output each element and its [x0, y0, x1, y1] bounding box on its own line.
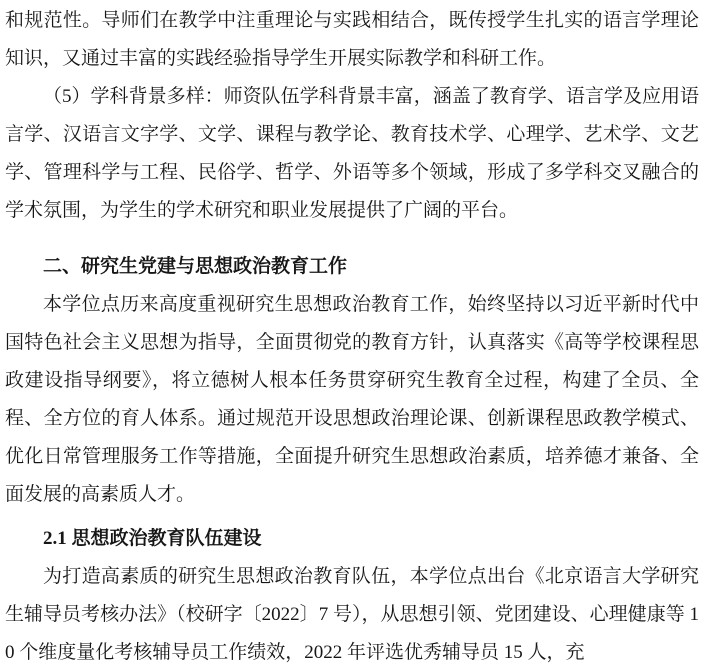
paragraph-counselor-assessment: 为打造高素质的研究生思想政治教育队伍，本学位点出台《北京语言大学研究生辅导员考核… [5, 558, 699, 669]
document-page: 和规范性。导师们在教学中注重理论与实践相结合，既传授学生扎实的语言学理论知识，又… [0, 0, 704, 669]
section-heading-party-building: 二、研究生党建与思想政治教育工作 [5, 248, 699, 286]
paragraph-ideological-education: 本学位点历来高度重视研究生思想政治教育工作，始终坚持以习近平新时代中国特色社会主… [5, 286, 699, 514]
paragraph-continuation: 和规范性。导师们在教学中注重理论与实践相结合，既传授学生扎实的语言学理论知识，又… [5, 2, 699, 78]
section-heading-education-team: 2.1 思想政治教育队伍建设 [5, 520, 699, 558]
paragraph-discipline-background: （5）学科背景多样：师资队伍学科背景丰富，涵盖了教育学、语言学及应用语言学、汉语… [5, 78, 699, 230]
